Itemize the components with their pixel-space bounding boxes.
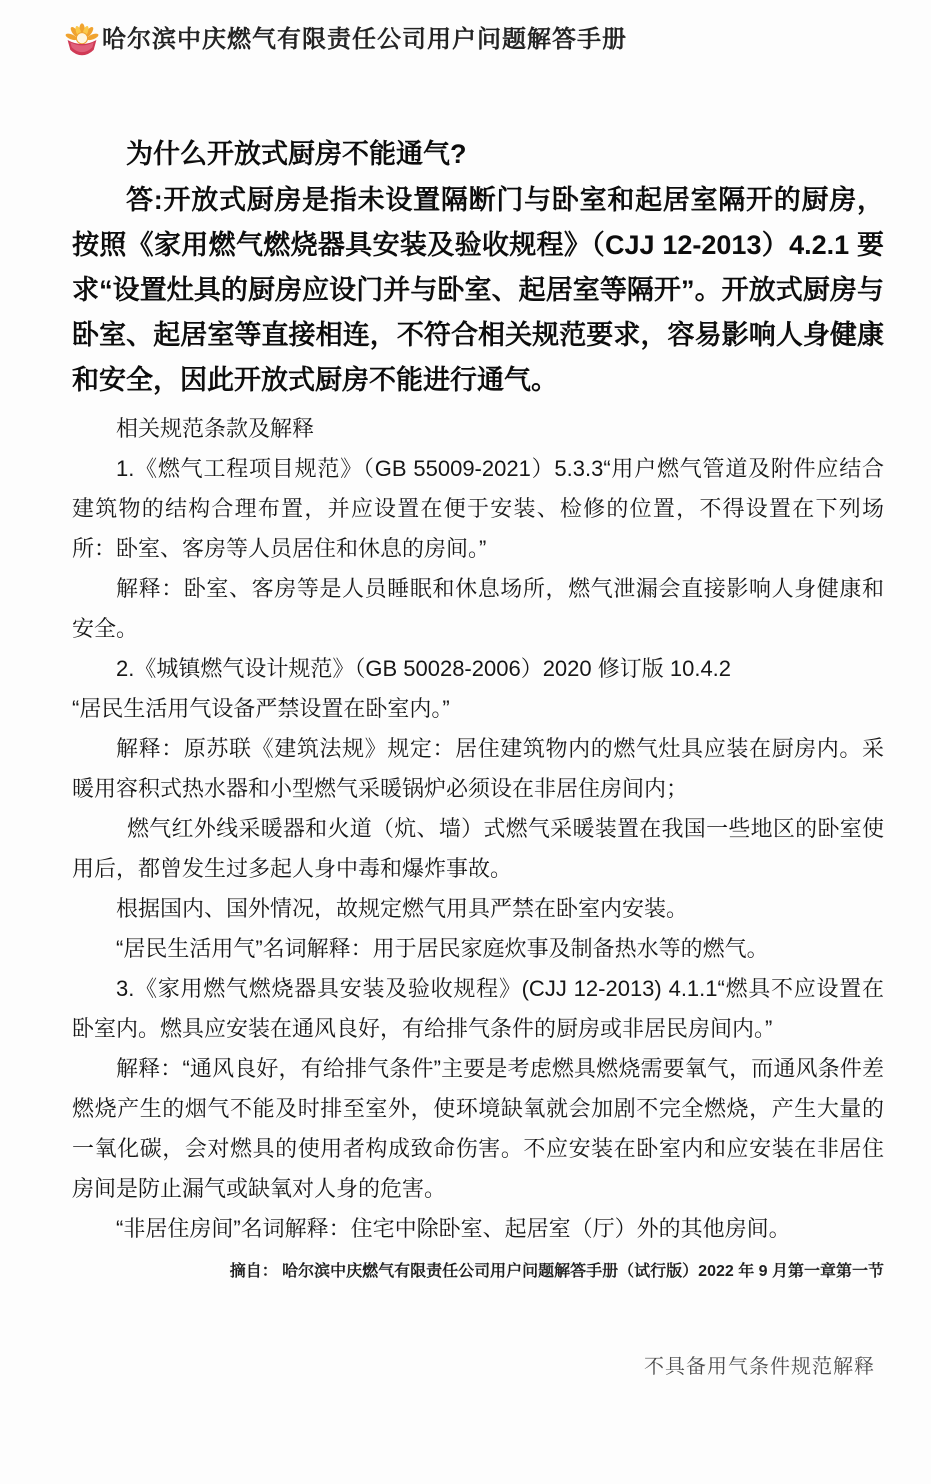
- body-paragraph: “非居住房间”名词解释：住宅中除卧室、起居室（厅）外的其他房间。: [72, 1209, 884, 1249]
- body-paragraph: 燃气红外线采暖器和火道（炕、墙）式燃气采暖装置在我国一些地区的卧室使用后，都曾发…: [72, 809, 884, 889]
- body-paragraph: “居民生活用气”名词解释：用于居民家庭炊事及制备热水等的燃气。: [72, 929, 884, 969]
- body-paragraph: 解释：卧室、客房等是人员睡眠和休息场所，燃气泄漏会直接影响人身健康和安全。: [72, 569, 884, 649]
- body-paragraph: 2.《城镇燃气设计规范》（GB 50028-2006）2020 修订版 10.4…: [72, 649, 884, 689]
- brand-title: 哈尔滨中庆燃气有限责任公司用户问题解答手册: [102, 20, 627, 60]
- answer-paragraph: 答:开放式厨房是指未设置隔断门与卧室和起居室隔开的厨房，按照《家用燃气燃烧器具安…: [72, 178, 884, 403]
- article-content: 为什么开放式厨房不能通气? 答:开放式厨房是指未设置隔断门与卧室和起居室隔开的厨…: [72, 130, 884, 1285]
- body-paragraph: 根据国内、国外情况，故规定燃气用具严禁在卧室内安装。: [72, 889, 884, 929]
- paragraph-list: 1.《燃气工程项目规范》（GB 55009-2021）5.3.3“用户燃气管道及…: [72, 449, 884, 1249]
- header-bar: 哈尔滨中庆燃气有限责任公司用户问题解答手册: [64, 20, 627, 60]
- body-paragraph: 解释：“通风良好，有给排气条件”主要是考虑燃具燃烧需要氧气，而通风条件差燃烧产生…: [72, 1049, 884, 1209]
- body-paragraph: 解释：原苏联《建筑法规》规定：居住建筑物内的燃气灶具应装在厨房内。采暖用容积式热…: [72, 729, 884, 809]
- question-title: 为什么开放式厨房不能通气?: [72, 130, 884, 178]
- document-page: 哈尔滨中庆燃气有限责任公司用户问题解答手册 为什么开放式厨房不能通气? 答:开放…: [0, 0, 931, 1484]
- section-heading: 相关规范条款及解释: [72, 409, 884, 449]
- body-paragraph: 3.《家用燃气燃烧器具安装及验收规程》(CJJ 12-2013) 4.1.1“燃…: [72, 969, 884, 1049]
- body-paragraph: 1.《燃气工程项目规范》（GB 55009-2021）5.3.3“用户燃气管道及…: [72, 449, 884, 569]
- company-sun-flower-logo-icon: [64, 20, 100, 60]
- footer-section-label: 不具备用气条件规范解释: [644, 1350, 875, 1379]
- source-attribution: 摘自： 哈尔滨中庆燃气有限责任公司用户问题解答手册（试行版）2022 年 9 月…: [72, 1259, 884, 1285]
- body-paragraph: “居民生活用气设备严禁设置在卧室内。”: [72, 689, 884, 729]
